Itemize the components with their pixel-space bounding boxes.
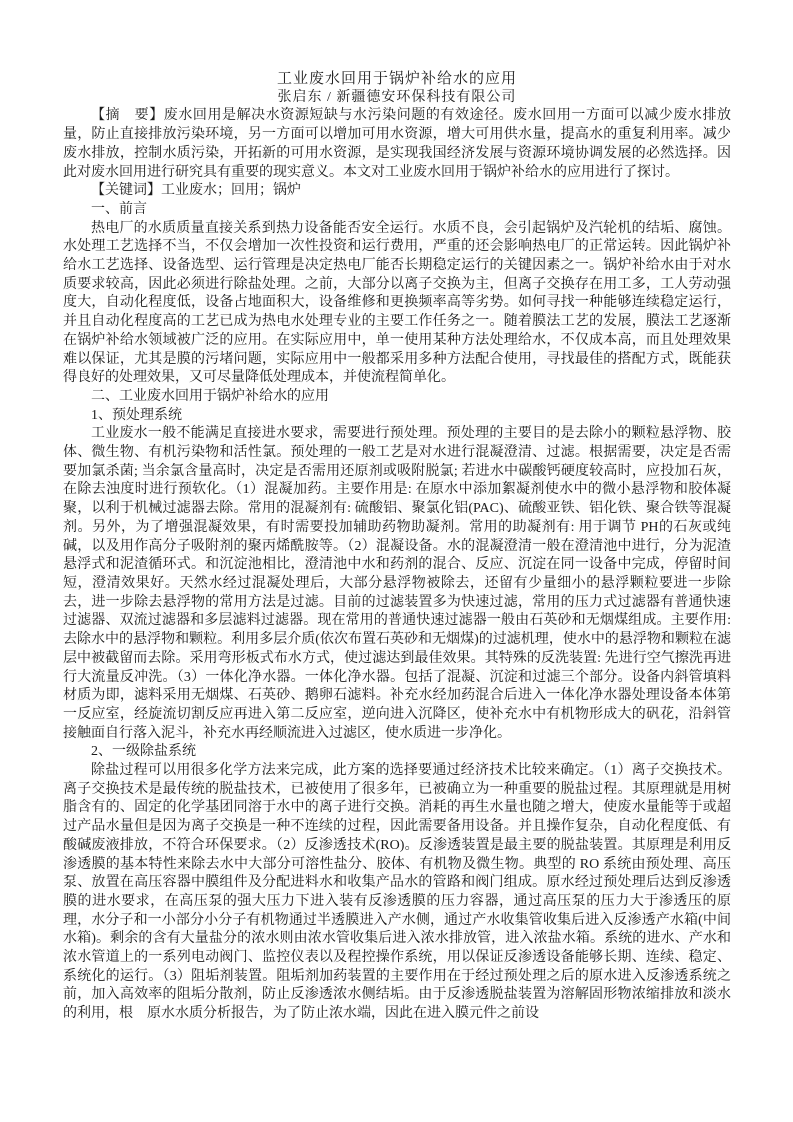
section-heading-preface: 一、前言 bbox=[63, 201, 731, 220]
document-page: 工业废水回用于锅炉补给水的应用 张启东 / 新疆德安环保科技有限公司 【摘 要】… bbox=[0, 0, 793, 1122]
author-line: 张启东 / 新疆德安环保科技有限公司 bbox=[63, 89, 731, 108]
abstract-paragraph: 【摘 要】废水回用是解决水资源短缺与水污染问题的有效途径。废水回用一方面可以减少… bbox=[63, 107, 731, 182]
preface-paragraph: 热电厂的水质质量直接关系到热力设备能否安全运行。水质不良，会引起锅炉及汽轮机的结… bbox=[63, 220, 731, 388]
desalination-paragraph: 除盐过程可以用很多化学方法来完成，此方案的选择要通过经济技术比较来确定。（1）离… bbox=[63, 762, 731, 1024]
section-heading-application: 二、工业废水回用于锅炉补给水的应用 bbox=[63, 388, 731, 407]
subsection-heading-desalination: 2、一级除盐系统 bbox=[63, 743, 731, 762]
keywords-line: 【关键词】工业废水；回用；锅炉 bbox=[63, 182, 731, 201]
subsection-heading-pretreatment: 1、预处理系统 bbox=[63, 407, 731, 426]
pretreatment-paragraph: 工业废水一般不能满足直接进水要求，需要进行预处理。预处理的主要目的是去除小的颗粒… bbox=[63, 425, 731, 743]
page-title: 工业废水回用于锅炉补给水的应用 bbox=[63, 70, 731, 89]
